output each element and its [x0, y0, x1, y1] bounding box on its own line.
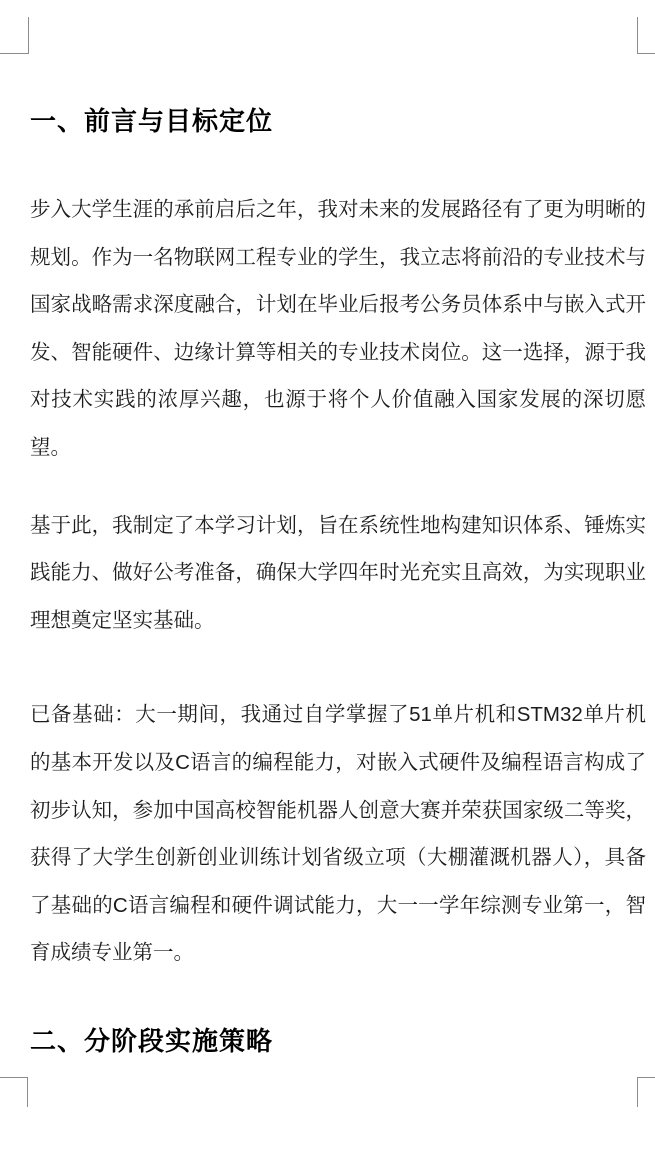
paragraph-plan-purpose: 基于此，我制定了本学习计划，旨在系统性地构建知识体系、锤炼实践能力、做好公考准备… [30, 502, 646, 645]
section-heading-2: 二、分阶段实施策略 [30, 1023, 646, 1060]
paragraph-intro: 步入大学生涯的承前启后之年，我对未来的发展路径有了更为明晰的规划。作为一名物联网… [30, 186, 646, 472]
document-body: 一、前言与目标定位 步入大学生涯的承前启后之年，我对未来的发展路径有了更为明晰的… [30, 0, 646, 1060]
paragraph-existing-foundation: 已备基础：大一期间，我通过自学掌握了51单片机和STM32单片机的基本开发以及C… [30, 691, 646, 977]
section-heading-1: 一、前言与目标定位 [30, 103, 646, 140]
crop-mark-top-left [0, 17, 29, 54]
document-page: 一、前言与目标定位 步入大学生涯的承前启后之年，我对未来的发展路径有了更为明晰的… [0, 0, 655, 1164]
crop-mark-bottom-right [637, 1077, 655, 1107]
crop-mark-bottom-left [0, 1077, 28, 1107]
